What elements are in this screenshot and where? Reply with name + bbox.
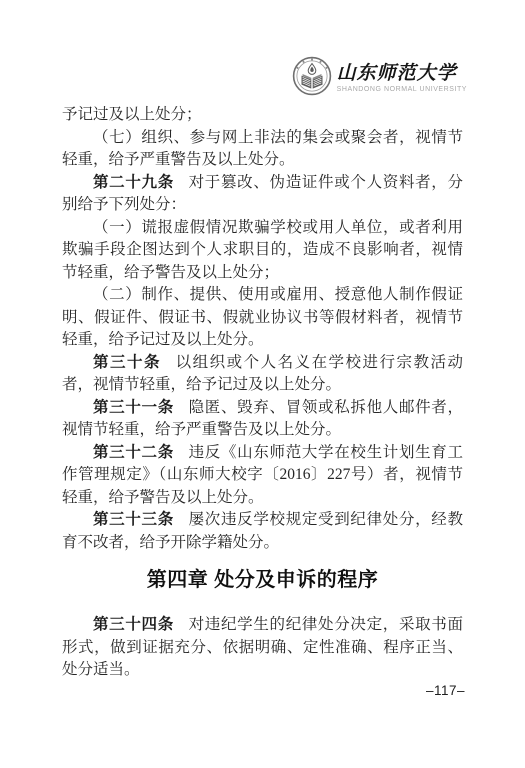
- paragraph-item-2: （二）制作、提供、使用或雇用、授意他人制作假证明、假证件、假证书、假就业协议书等…: [62, 284, 463, 352]
- article-number: 第二十九条: [93, 174, 174, 191]
- university-name-en: SHANDONG NORMAL UNIVERSITY: [337, 86, 467, 93]
- document-page: 山东师范大学 SHANDONG NORMAL UNIVERSITY 予记过及以上…: [0, 0, 525, 768]
- paragraph-article-32: 第三十二条违反《山东师范大学在校生计划生育工作管理规定》（山东师大校字〔2016…: [62, 442, 463, 510]
- paragraph-item-1: （一）谎报虚假情况欺骗学校或用人单位，或者利用欺骗手段企图达到个人求职目的，造成…: [62, 217, 463, 285]
- university-name-cn: 山东师范大学: [337, 64, 467, 84]
- university-logo-text: 山东师范大学 SHANDONG NORMAL UNIVERSITY: [337, 64, 467, 94]
- paragraph-article-30: 第三十条以组织或个人名义在学校进行宗教活动者，视情节轻重，给予记过及以上处分。: [62, 352, 463, 397]
- paragraph-article-33: 第三十三条屡次违反学校规定受到纪律处分，经教育不改者，给予开除学籍处分。: [62, 509, 463, 554]
- article-number: 第三十二条: [93, 444, 174, 461]
- article-number: 第三十条: [93, 354, 161, 371]
- university-logo: 山东师范大学 SHANDONG NORMAL UNIVERSITY: [292, 56, 467, 101]
- document-body: 予记过及以上处分； （七）组织、参与网上非法的集会或聚会者，视情节轻重，给予严重…: [62, 104, 463, 682]
- article-number: 第三十三条: [93, 511, 174, 528]
- paragraph-article-31: 第三十一条隐匿、毁弃、冒领或私拆他人邮件者，视情节轻重，给予严重警告及以上处分。: [62, 397, 463, 442]
- article-number: 第三十四条: [93, 616, 174, 633]
- paragraph-article-29: 第二十九条对于篡改、伪造证件或个人资料者，分别给予下列处分：: [62, 172, 463, 217]
- university-emblem-icon: [292, 56, 332, 101]
- paragraph-item-7: （七）组织、参与网上非法的集会或聚会者，视情节轻重，给予严重警告及以上处分。: [62, 127, 463, 172]
- article-number: 第三十一条: [93, 399, 174, 416]
- paragraph-continuation: 予记过及以上处分；: [62, 104, 463, 127]
- paragraph-article-34: 第三十四条对违纪学生的纪律处分决定，采取书面形式，做到证据充分、依据明确、定性准…: [62, 614, 463, 682]
- page-number: –117–: [426, 683, 465, 698]
- chapter-heading: 第四章 处分及申诉的程序: [62, 568, 463, 592]
